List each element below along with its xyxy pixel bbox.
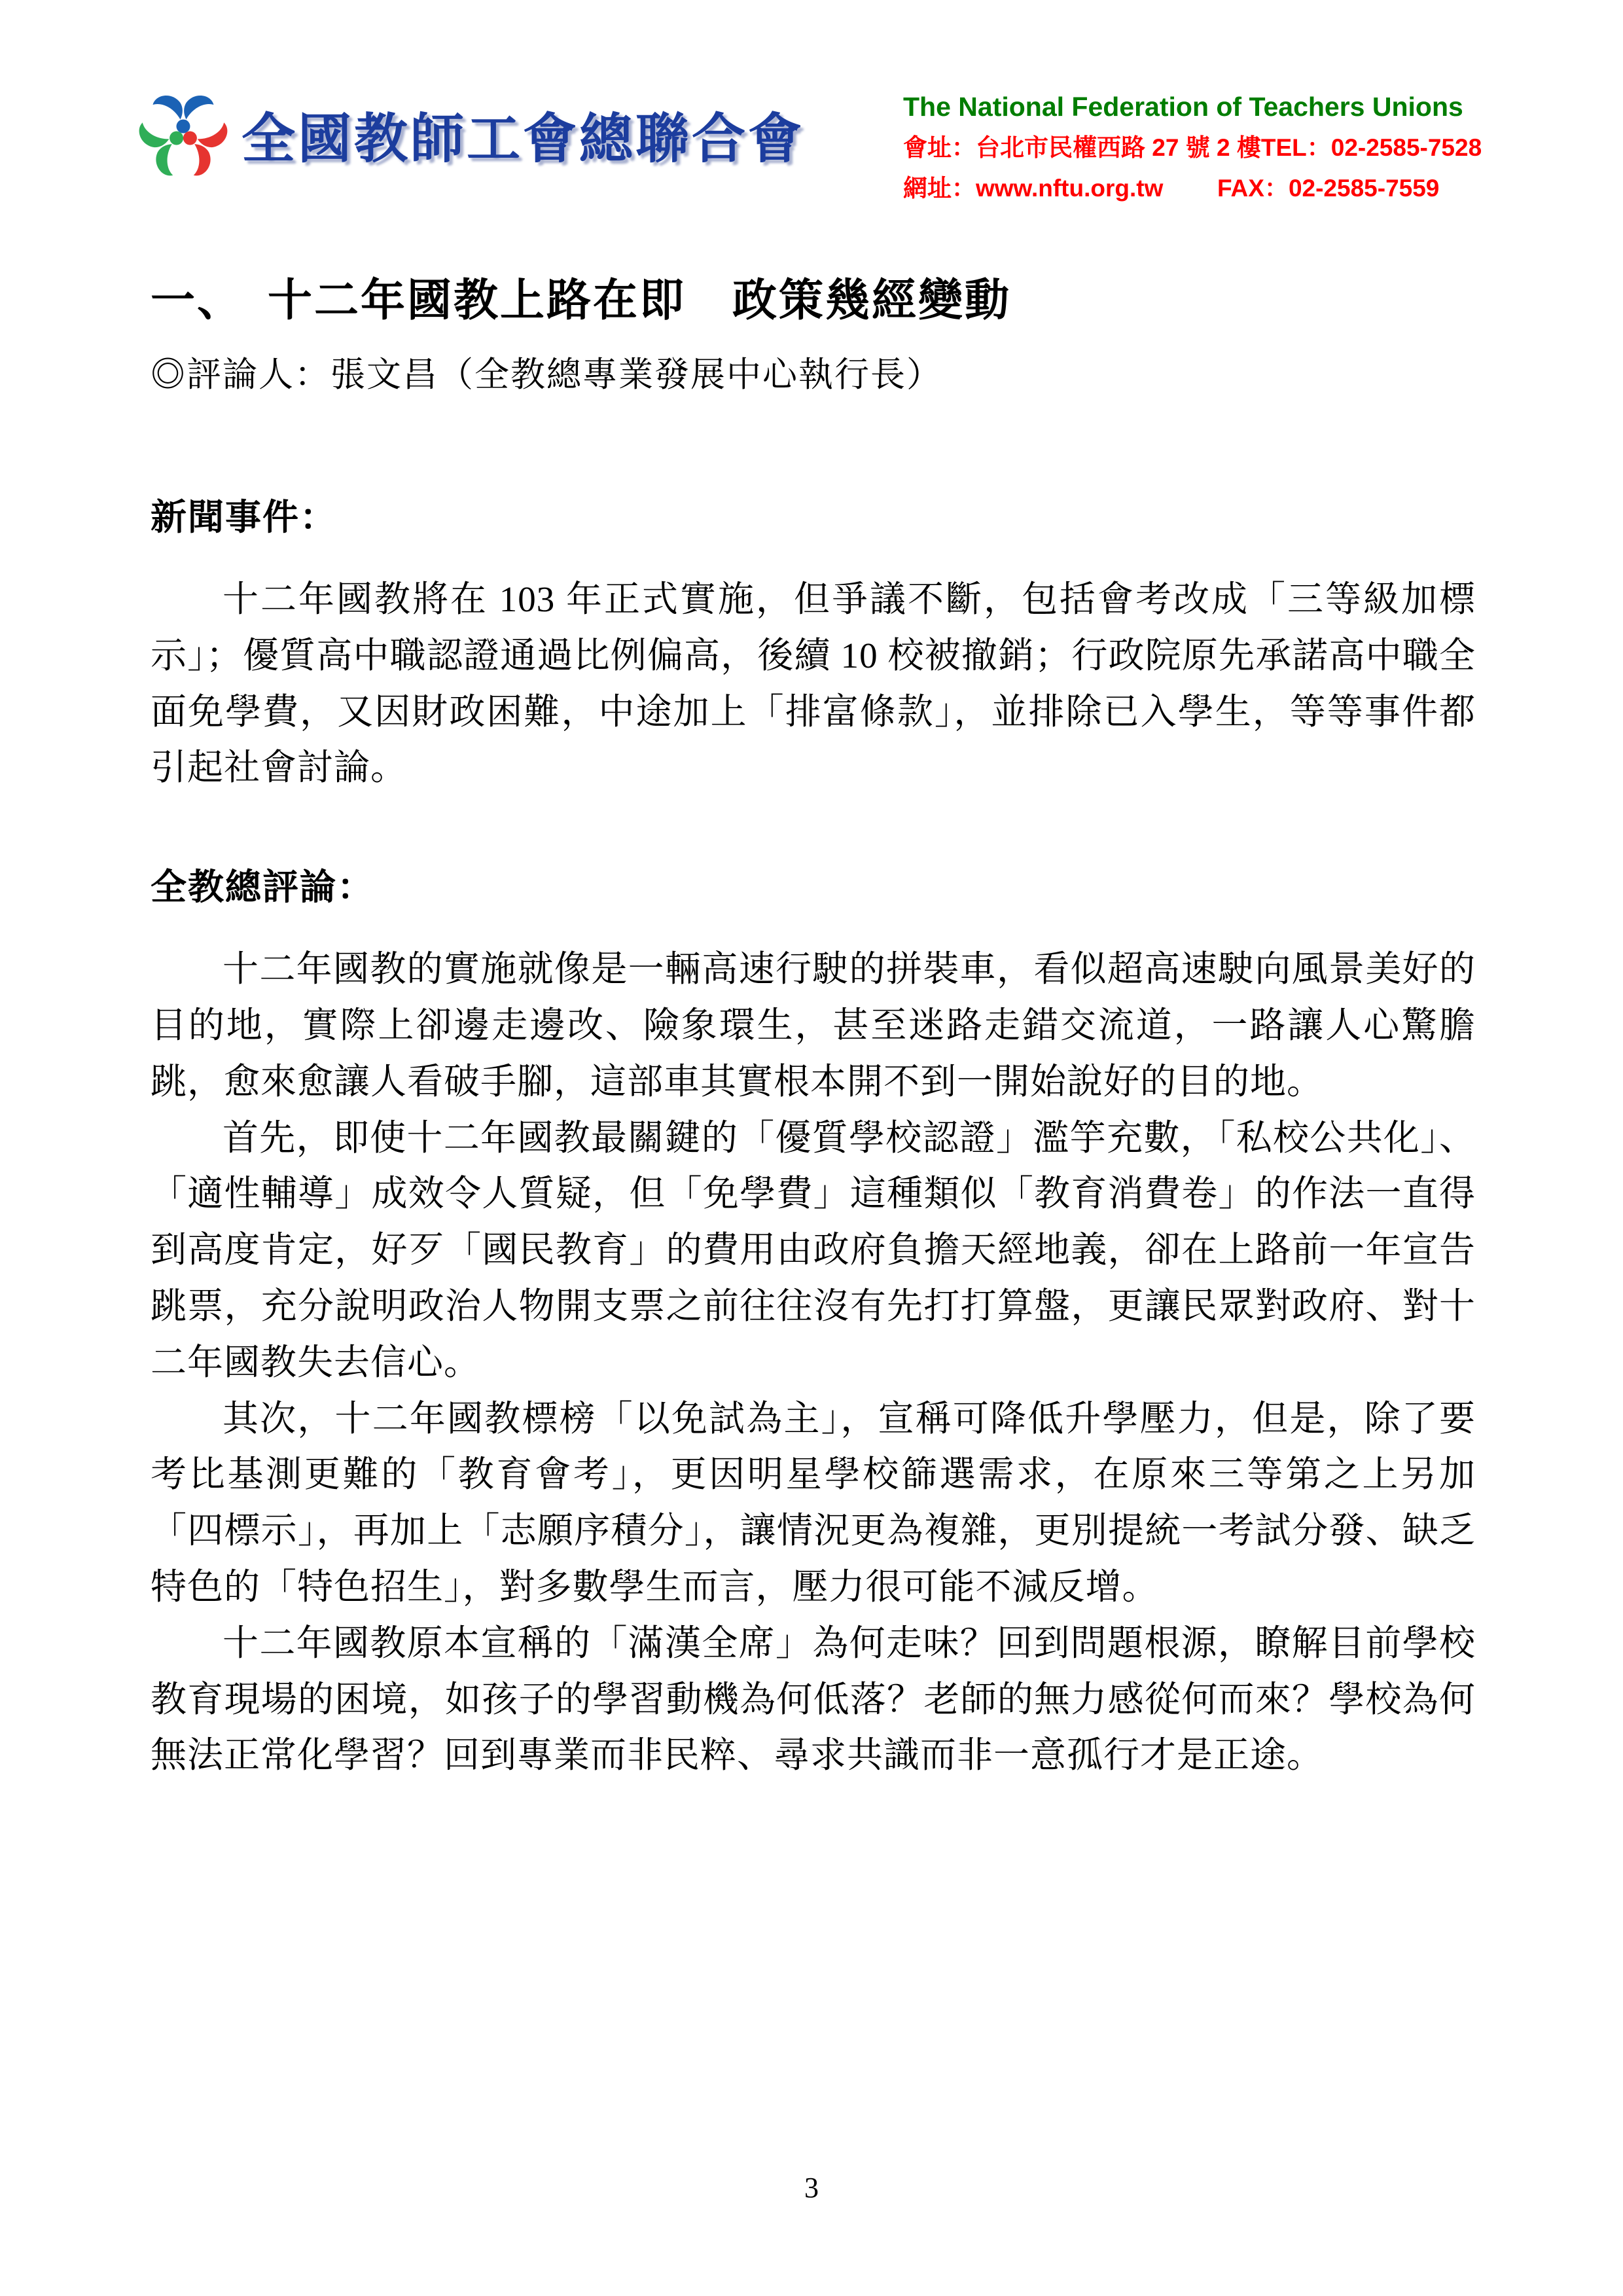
contact-row-1: 會址：台北市民權西路 27 號 2 樓 TEL：02-2585-7528 xyxy=(903,128,1459,163)
commentary-paragraph-2: 首先，即使十二年國教最關鍵的「優質學校認證」濫竽充數，「私校公共化」、「適性輔導… xyxy=(151,1110,1476,1391)
article-content: 一、 十二年國教上路在即 政策幾經變動 ◎評論人：張文昌（全教總專業發展中心執行… xyxy=(151,265,1476,1784)
document-page: 全國教師工會總聯合會 The National Federation of Te… xyxy=(0,0,1623,2296)
contact-row-2: 網址：www.nftu.org.tw FAX：02-2585-7559 xyxy=(903,168,1459,204)
commentary-paragraph-1: 十二年國教的實施就像是一輛高速行駛的拼裝車，看似超高速駛向風景美好的目的地，實際… xyxy=(151,941,1476,1109)
commentator-line: ◎評論人：張文昌（全教總專業發展中心執行長） xyxy=(151,347,1476,397)
page-header: 全國教師工會總聯合會 The National Federation of Te… xyxy=(134,85,1459,204)
commentary-paragraph-3: 其次，十二年國教標榜「以免試為主」，宣稱可降低升學壓力，但是，除了要考比基測更難… xyxy=(151,1391,1476,1615)
org-name-zh: 全國教師工會總聯合會 xyxy=(241,96,804,173)
page-number: 3 xyxy=(0,2171,1623,2204)
fax-line: FAX：02-2585-7559 xyxy=(1217,168,1459,204)
tel-line: TEL：02-2585-7528 xyxy=(1261,128,1503,163)
article-title: 一、 十二年國教上路在即 政策幾經變動 xyxy=(151,265,1476,329)
header-contact-block: The National Federation of Teachers Unio… xyxy=(903,85,1459,204)
address-line: 會址：台北市民權西路 27 號 2 樓 xyxy=(903,128,1261,163)
section-heading-commentary: 全教總評論： xyxy=(151,858,1476,910)
nftu-logo: 全國教師工會總聯合會 xyxy=(134,85,804,183)
section-heading-news: 新聞事件： xyxy=(151,488,1476,540)
org-name-en: The National Federation of Teachers Unio… xyxy=(903,92,1459,122)
news-paragraph: 十二年國教將在 103 年正式實施，但爭議不斷，包括會考改成「三等級加標示」；優… xyxy=(151,571,1476,796)
website-line: 網址：www.nftu.org.tw xyxy=(903,168,1163,204)
nftu-logo-mark-icon xyxy=(134,85,232,183)
commentary-paragraph-4: 十二年國教原本宣稱的「滿漢全席」為何走味？回到問題根源，瞭解目前學校教育現場的困… xyxy=(151,1615,1476,1784)
